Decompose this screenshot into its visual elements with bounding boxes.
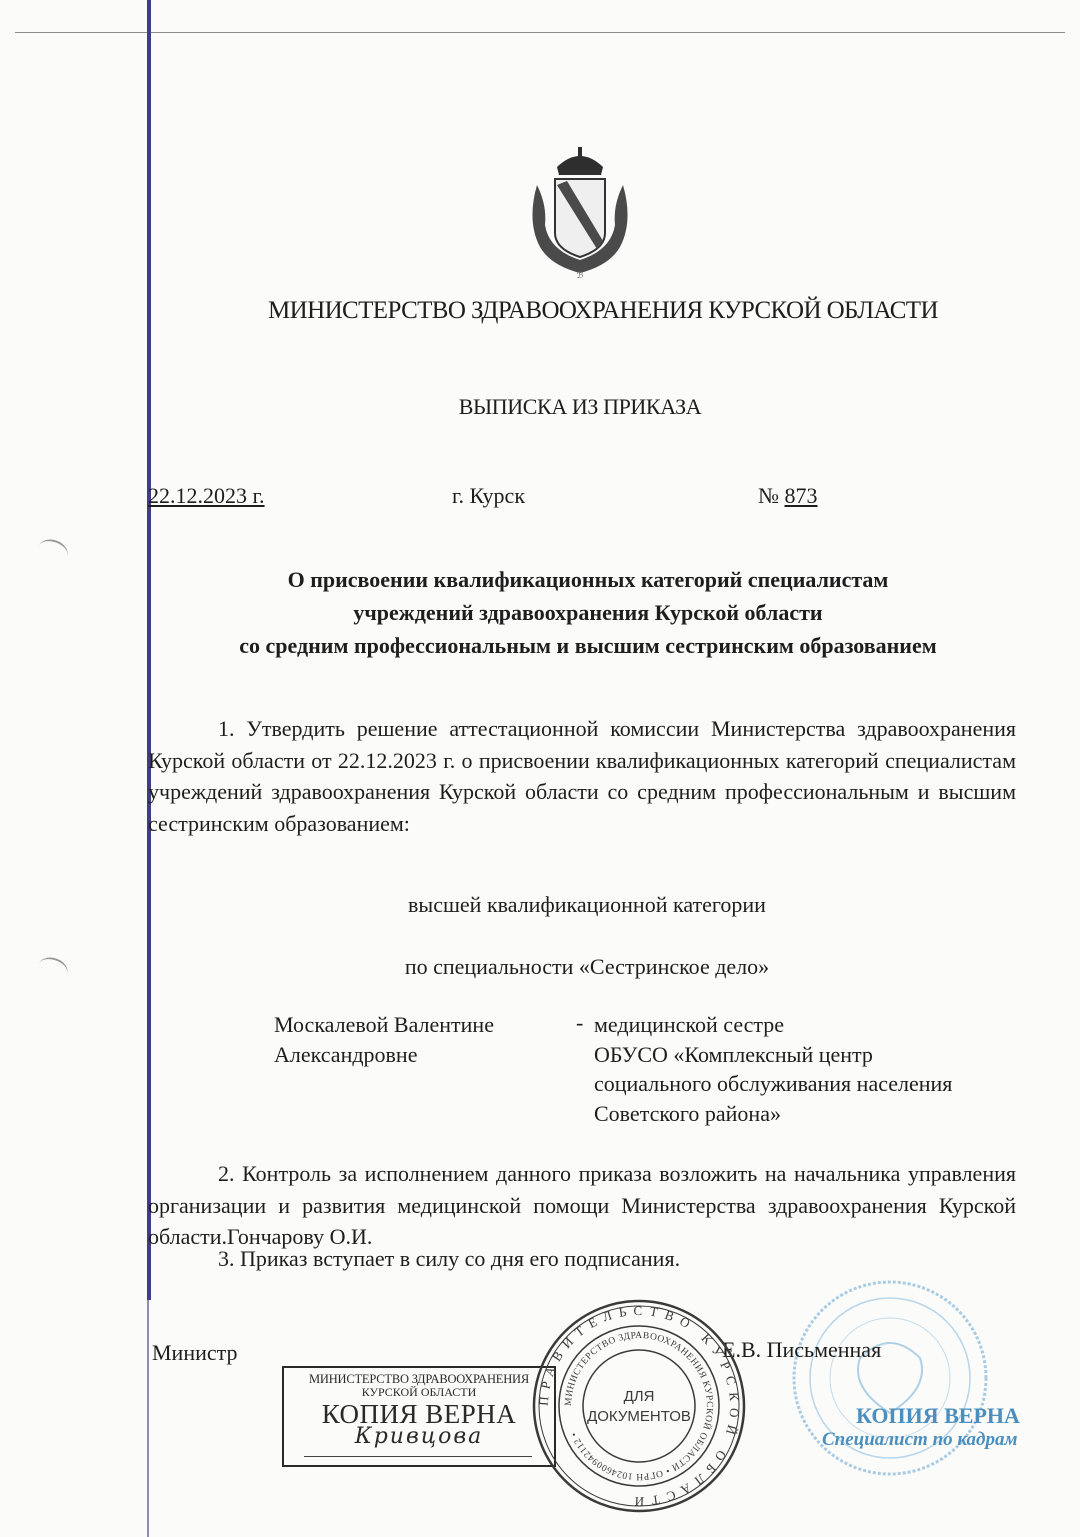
- ministry-name: МИНИСТЕРСТВО ЗДРАВООХРАНЕНИЯ КУРСКОЙ ОБЛ…: [0, 297, 1080, 325]
- person-name: Москалевой Валентине Александровне: [274, 1010, 494, 1070]
- order-subject: О присвоении квалификационных категорий …: [148, 563, 1028, 662]
- person-position: медицинской сестре ОБУСО «Комплексный це…: [594, 1010, 1024, 1128]
- signature-underline: [304, 1456, 532, 1457]
- svg-text:ДЛЯ: ДЛЯ: [624, 1388, 655, 1405]
- order-date: 22.12.2023 г.: [148, 483, 265, 509]
- svg-text:ℬ: ℬ: [576, 270, 583, 280]
- svg-text:МИНИСТЕРСТВО ЗДРАВООХРАНЕНИЯ К: МИНИСТЕРСТВО ЗДРАВООХРАНЕНИЯ КУРСКОЙ ОБЛ…: [564, 1331, 714, 1481]
- item-1: 1. Утвердить решение аттестационной коми…: [148, 713, 1016, 839]
- scan-top-line: [15, 32, 1065, 33]
- subject-line: со средним профессиональным и высшим сес…: [148, 629, 1028, 662]
- item-2: 2. Контроль за исполнением данного прика…: [148, 1158, 1016, 1253]
- person-name-line: Александровне: [274, 1040, 494, 1070]
- position-line: медицинской сестре: [594, 1010, 1024, 1040]
- item-3: 3. Приказ вступает в силу со дня его под…: [148, 1246, 1016, 1272]
- order-number: № 873: [758, 483, 818, 509]
- copy-certified-stamp: МИНИСТЕРСТВО ЗДРАВООХРАНЕНИЯ КУРСКОЙ ОБЛ…: [282, 1366, 556, 1467]
- category: высшей квалификационной категории: [148, 892, 1016, 918]
- signer-title: Министр: [152, 1340, 238, 1366]
- dash: -: [576, 1010, 583, 1036]
- punch-hole-mark: [35, 954, 71, 985]
- round-seal-icon: ПРАВИТЕЛЬСТВО КУРСКОЙ ОБЛАСТИ МИНИСТЕРСТ…: [530, 1297, 748, 1515]
- punch-hole-mark: [35, 536, 71, 567]
- position-line: ОБУСО «Комплексный центр: [594, 1040, 1024, 1070]
- number-value: 873: [785, 483, 818, 508]
- order-city: г. Курск: [452, 483, 525, 509]
- number-prefix: №: [758, 483, 779, 508]
- subject-line: учреждений здравоохранения Курской облас…: [148, 596, 1028, 629]
- position-line: социального обслуживания населения: [594, 1069, 1024, 1099]
- person-name-line: Москалевой Валентине: [274, 1010, 494, 1040]
- margin-line-lower: [147, 1300, 149, 1537]
- blue-seal-icon: [740, 1278, 1040, 1488]
- document-type: ВЫПИСКА ИЗ ПРИКАЗА: [0, 394, 1080, 420]
- specialty: по специальности «Сестринское дело»: [148, 954, 1016, 980]
- svg-text:ДОКУМЕНТОВ: ДОКУМЕНТОВ: [587, 1408, 691, 1425]
- blue-stamp-role: Специалист по кадрам: [822, 1429, 1018, 1451]
- stamp-line: КУРСКОЙ ОБЛАСТИ: [284, 1385, 554, 1400]
- subject-line: О присвоении квалификационных категорий …: [148, 563, 1028, 596]
- position-line: Советского района»: [594, 1099, 1024, 1129]
- coat-of-arms-icon: ℬ: [527, 145, 633, 280]
- blue-stamp-title: КОПИЯ ВЕРНА: [856, 1403, 1020, 1429]
